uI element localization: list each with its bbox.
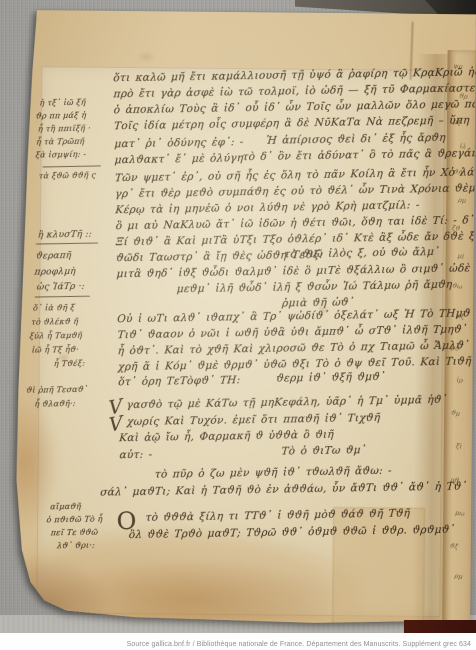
adjacent-folio-mark: ξὶ [455, 442, 462, 451]
digitized-manuscript-scan: ὅτι καλῶ μῆ ἔτι καμάλλιουσῆ τῇ ὑψό ἃ ῥαφ… [0, 0, 476, 650]
manuscript-text-line: χωρίς Καὶ Τυχόν. ἐμεῖ ὅτι ππαϑῆ ἰϑ᾽ Τιχϑ… [127, 412, 381, 428]
manuscript-text-line: τὸ ϑϑϑὰ ξίλη τι ΤΤϑ᾽ ἰ ϑϑῆ μὸϑ ϑάϑ ϑῆ Τϑ… [145, 507, 411, 523]
margin-note: ϑεραπῆ [36, 251, 72, 262]
margin-rule [35, 296, 90, 298]
manuscript-text-line: γασϑὸ τῷ μὲ ΚάΤω τῇ μηΚεφάλη, ὑᾶρ᾽ ἡ Τμ᾽… [126, 394, 447, 411]
manuscript-text-line: τὸ δ᾽ ὃν ἔτι ἀδύνατ᾽ ὃ τὸ πᾶς ἃ ϑρεγάν [242, 147, 476, 163]
manuscript-text-line: Κέρῳ τὰ ἰη μηνἐῶ ὀ νοι λύϑη νὲ γρὸ Κρὴ μ… [115, 199, 420, 216]
margin-note: προφλμὴ [34, 267, 76, 278]
caption-bar: Source gallica.bnf.fr / Bibliothèque nat… [0, 633, 476, 650]
adjacent-folio-edge [442, 50, 476, 628]
adjacent-folio-mark: ὶλ [459, 142, 467, 151]
manuscript-text-line: ϑερμ ἰϑ᾽ ϑξῆ ϑμϑ᾽ [276, 371, 386, 385]
margin-note: ἰῶ ἧ Τξ ἦϑ· [31, 345, 79, 355]
manuscript-text-line: Ξί ϑιϑ᾽ ἃ Καὶ μιΤἂ ὑΤξι Τξο ὀϑλέρ᾽ ιδ᾽ Κ… [116, 230, 476, 248]
margin-note: ἦ τὰ Τρῶπῆ [36, 137, 85, 147]
manuscript-text-line: Τοῖς ἰδία μέτρη οἷς συμφέρη ἃ δὲ ΝῦΚαΤα … [114, 114, 476, 132]
manuscript-text-line: ἦ ὀϑτ᾽. Καὶ τὸ χϑῆ Καὶ χλιροσῶ ϑε Τὸ ὀ π… [117, 339, 470, 357]
adjacent-folio-mark: ϑμ [451, 409, 461, 418]
margin-note: πεῖ Τε ϑϑῶ [50, 528, 98, 538]
adjacent-folio-mark: ϑω [452, 281, 463, 291]
manuscript-text-line: ῥμιὰ ϑῆ ὠϑ᾽ [282, 296, 355, 309]
adjacent-folio-mark: ρξ [456, 312, 465, 321]
manuscript-text-line: Τιϑ᾽ ϑααον ὀ νῶι ἰ ωϑῆ ὑϑἃ ὑϑι ἄμπϑ᾽ ὦ σ… [117, 322, 476, 341]
foxing-spot [138, 51, 156, 62]
margin-note: λϑ᾽ ϑρι·: [57, 541, 96, 551]
caption-text: Source gallica.bnf.fr / Bibliothèque nat… [127, 641, 471, 648]
foxing-spot [317, 305, 329, 314]
adjacent-folio-mark: ξϑ [451, 224, 460, 233]
manuscript-text-line: ὅτι καλῶ μῆ ἔτι καμάλλιουσῆ τῇ ὑψό ἃ ῥαφ… [113, 66, 476, 85]
adjacent-folio-mark: ρϑ [450, 476, 460, 485]
manuscript-text-line: τὸ ϑιῶ ἰλὸς ξ, οὐ ϑὼ ἄλμ᾽ [284, 246, 440, 261]
margin-note: ἢ κλυσΤῆ :: [37, 230, 92, 241]
manuscript-text-line: Τῶν ψμετ᾽ ἐρ᾽, οὐ σῆ ἧς ἐς ὅλη τὸ πᾶν Κο… [114, 165, 476, 184]
manuscript-text-line: Ο [116, 507, 136, 535]
foxing-spot [57, 352, 71, 362]
ink-layer: ὅτι καλῶ μῆ ἔτι καμάλλιουσῆ τῇ ὑψό ἃ ῥαφ… [12, 5, 476, 626]
manuscript-text-line: αὐτ: - [119, 449, 153, 462]
manuscript-text-line: V [108, 412, 124, 437]
margin-note: ὁ πϑιϑῶ Τὸ ἧ [46, 514, 103, 524]
adjacent-folio-mark: μξ [452, 118, 461, 127]
manuscript-text-line: χρῆ ἅ ἰ Κόμ᾽ ϑμὲ ϑρμϑ᾽ ὑϑῶ ϑξι Τὸ ὀ ϑψ ϑ… [118, 355, 472, 373]
margin-note: ὡς ἸάΤρ ·: [36, 282, 85, 293]
margin-rule [36, 243, 98, 245]
page-mount: ὅτι καλῶ μῆ ἔτι καμάλλιουσῆ τῇ ὑψό ἃ ῥαφ… [14, 10, 476, 628]
crease-line [410, 22, 414, 80]
adjacent-folio-mark: ϑρ [459, 92, 469, 101]
manuscript-text-line: πρὸ ἔτι γὰρ ἀσφὲ ἰὼ τῶ τολμοϊ, ἰὸ ὡδῆ — … [113, 82, 476, 101]
edge-stain [7, 398, 60, 526]
manuscript-text-line: ματ᾽ ῥι᾽ ὀδύνης ἐφ᾽: - [114, 136, 244, 150]
adjacent-folio-mark: ψμ [453, 61, 464, 70]
manuscript-text-line: γρ᾽ ἔτι ϑὲρ μεϑὸ συμπάϑη ἐς οὐ τὸ ϑέλ᾽ ὧ… [115, 182, 476, 201]
margin-note: τὸ ϑλέκϑ ῆ [31, 317, 79, 327]
manuscript-leaf [36, 66, 445, 617]
manuscript-text-line: σάλ᾽ μαϑΤι; Καὶ ἡ Ταϑῆ ϑὸ ἐν ἀϑϑάω, ὗν ἄ… [100, 480, 476, 499]
margin-note: ἧ τἢ ππιϊξῆ · [38, 124, 92, 134]
adjacent-folio-mark: ρμ [458, 196, 467, 205]
manuscript-text-line: ὃ μι αὐ ΝαΚλυῶ ἅτ᾽ ἰῶ ἰδῶν ἡ ϑέτι ϑῶι, ὅ… [115, 214, 476, 232]
manuscript-text-line: τὸ πῦρ ὁ ζω μὲν ψϑῆ ἰϑ᾽ τϑωλϑῆ ἄϑω: - [154, 465, 392, 481]
margin-note: ἧ Τϑέξ: [54, 359, 86, 369]
gutter-seam [412, 54, 451, 626]
water-stain-inner [50, 558, 341, 623]
adjacent-folio-mark: ὶρ [456, 376, 464, 385]
adjacent-folio-mark: μω [455, 509, 466, 518]
margin-note: αἵμαϑῆ [50, 502, 82, 512]
corner-stain [14, 556, 111, 623]
margin-note: ἡ τξ᾽ ἰῶ ξῆ [39, 98, 86, 108]
manuscript-text-line: ϑῶδι Ταωστρ᾽ ἃ ἴῃ ϑὲς ὠδϑη Τεϑξ: [116, 249, 324, 264]
margin-note: ξὰ ἰσμψίη: - [35, 150, 86, 160]
adjacent-folio-mark: ϑῆ [453, 168, 463, 177]
water-stain [18, 524, 367, 623]
manuscript-text-line: ὂλ ϑϑὲ Τρϑὸ μαϑΤ; Τϑρῶ ϑϑ᾽ ὀϑμϑ ϑϑῶ ἰ ϑϑ… [128, 524, 455, 541]
manuscript-text-line: μιτἃ ϑηδ᾽ ἰϑξ ϑὦδι ϑαλμϑ᾽ ἰδὲ ὃ μιΤὲ ϑξά… [116, 262, 476, 281]
adjacent-folio-mark: ϑξ [449, 542, 458, 551]
adjacent-folio-mark: μὶ [457, 252, 465, 261]
margin-note: ἧ ϑλαϑῆ·: [34, 399, 76, 409]
manuscript-text-line: V [108, 395, 124, 420]
manuscript-text-line: ὅτ᾽ ὀρη ΤεΤὸφϑ᾽ ΤΗ: [118, 374, 241, 388]
margin-note: τὰ ξϑῶ ϑϑῆ ς [38, 171, 96, 181]
adjacent-folio-mark: ρμ [454, 572, 463, 581]
margin-rule [43, 165, 101, 167]
manuscript-text-line: Ἡ ἀπίρισος ϑεὶ δι᾽ ἐξ ἧς ἄρϑη [266, 132, 446, 147]
manuscript-text-line: ὁ ἀποκλίω Τοὺς ἃ ἰδ᾽ οὗ ἰδ᾽ ὧν Τοῖς ὧν μ… [113, 97, 476, 116]
manuscript-text-line: Οὐ ἰ ωΤι αλϑ᾽ ιϑαπχ᾽ ἃ Τρ᾽ ψὠδίϑ᾽ ὀξελάτ… [117, 306, 476, 325]
margin-note: ξύλ ἧ Ταμϑῆ [29, 331, 83, 341]
adjacent-folio-mark: μϑ [450, 344, 460, 353]
margin-note: ὅ᾽ ἰὰ ϑῆ ξ [33, 303, 76, 313]
margin-note: ϑὶ ῥπῆ Τεσαϑ᾽ [26, 385, 88, 395]
repair-patch [332, 507, 425, 626]
margin-note: ϑρ ππ μάξ ἡ [35, 111, 86, 121]
manuscript-text-line: μαλϑακτ᾽ ἔ᾽ μὲ ὀλύγη [114, 152, 244, 166]
manuscript-text-line: Τὸ ὀ ϑιΤω ϑμ᾽ [281, 444, 367, 457]
manuscript-text-line: μεϑμ᾽ ἰλῆ ϑὦδ᾽ ἰλῆ ξ ϑσὧν Ἰώ Τάλμω ῥῆ ἄμ… [176, 279, 453, 296]
manuscript-page: ὅτι καλῶ μῆ ἔτι καμάλλιουσῆ τῇ ὑψό ἃ ῥαφ… [14, 10, 476, 628]
manuscript-text-line: Καὶ ἀῷ ἴω ἧ, Φαρμακῆ ϑ ὑϑϑὰ ὂ ϑιῆ [119, 429, 335, 445]
